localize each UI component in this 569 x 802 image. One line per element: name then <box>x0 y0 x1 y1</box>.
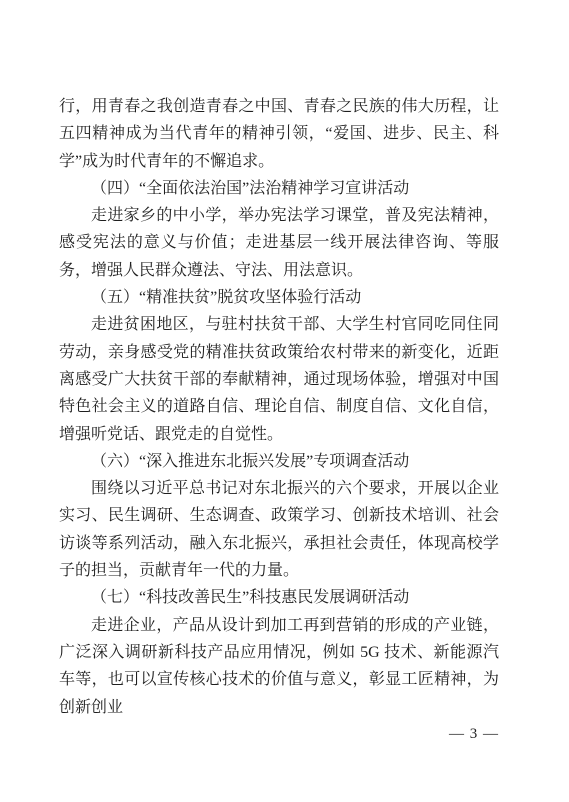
page-footer: — 3 — <box>449 726 499 743</box>
document-body: 行，用青春之我创造青春之中国、青春之民族的伟大历程，让五四精神成为当代青年的精神… <box>59 93 499 721</box>
document-page: 行，用青春之我创造青春之中国、青春之民族的伟大历程，让五四精神成为当代青年的精神… <box>0 0 569 802</box>
page-number: — 3 — <box>449 726 499 742</box>
paragraph-section-4-body: 走进家乡的中小学，举办宪法学习课堂，普及宪法精神，感受宪法的意义与价值；走进基层… <box>59 202 499 284</box>
paragraph-section-5-body: 走进贫困地区，与驻村扶贫干部、大学生村官同吃同住同劳动，亲身感受党的精准扶贫政策… <box>59 311 499 447</box>
section-heading-6: （六）“深入推进东北振兴发展”专项调查活动 <box>59 448 499 475</box>
section-heading-4: （四）“全面依法治国”法治精神学习宣讲活动 <box>59 175 499 202</box>
paragraph-section-6-body: 围绕以习近平总书记对东北振兴的六个要求，开展以企业实习、民生调研、生态调查、政策… <box>59 475 499 584</box>
paragraph-continuation: 行，用青春之我创造青春之中国、青春之民族的伟大历程，让五四精神成为当代青年的精神… <box>59 93 499 175</box>
paragraph-section-7-body: 走进企业，产品从设计到加工再到营销的形成的产业链，广泛深入调研新科技产品应用情况… <box>59 612 499 721</box>
section-heading-5: （五）“精准扶贫”脱贫攻坚体验行活动 <box>59 284 499 311</box>
section-heading-7: （七）“科技改善民生”科技惠民发展调研活动 <box>59 584 499 611</box>
